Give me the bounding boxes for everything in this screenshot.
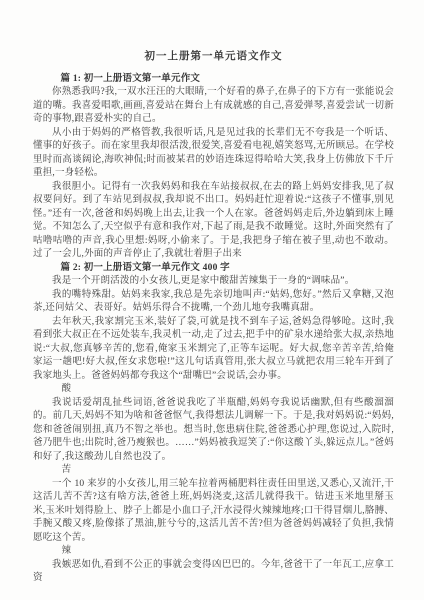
paragraph: 我很胆小。记得有一次我妈妈和我在车站接叔叔,在去的路上妈妈安排我,见了叔叔要问好… xyxy=(33,181,394,262)
document-title: 初一上册第一单元语文作文 xyxy=(33,50,394,64)
paragraph: 我是一个开朗活泼的小女孩儿,更是家中酸甜苦辣集于一身的“调味品”。 xyxy=(33,275,394,289)
paragraph: 去年秋天,我家割完玉米,装好了袋,可就是找不到车子运,爸妈急得够呛。这时,我看到… xyxy=(33,316,394,384)
subheading-bitter: 苦 xyxy=(33,464,394,478)
paragraph: 我说话爱胡乱扯些词语,爸爸说我吃了半瓶醋,妈妈夸我说话幽默,但有些酸溜溜的。前几… xyxy=(33,397,394,465)
section-1-heading: 篇 1: 初一上册语文第一单元作文 xyxy=(33,73,394,87)
paragraph: 从小由于妈妈的严格管教,我很听话,凡是见过我的长辈们无不夸我是一个听话、懂事的好… xyxy=(33,127,394,181)
section-2-heading: 篇 2: 初一上册语文第一单元作文 400 字 xyxy=(33,262,394,276)
paragraph: 我的嘴特殊甜。姑妈来我家,我总是先亲切地叫声:“姑妈,您好。”然后又拿糖,又泡茶… xyxy=(33,289,394,316)
paragraph: 我嫉恶如仇,看到不公正的事就会变得凶巴巴的。今年,爸爸干了一年瓦工,应拿工资 xyxy=(33,559,394,586)
document-page: 初一上册第一单元语文作文 篇 1: 初一上册语文第一单元作文 你熟悉我吗?我,一… xyxy=(0,0,424,600)
subheading-spicy: 辣 xyxy=(33,545,394,559)
document-content: 初一上册第一单元语文作文 篇 1: 初一上册语文第一单元作文 你熟悉我吗?我,一… xyxy=(0,0,424,586)
paragraph: 你熟悉我吗?我,一双水汪汪的大眼睛,一个好看的鼻子,在鼻子的下方有一张能说会道的… xyxy=(33,86,394,127)
subheading-sour: 酸 xyxy=(33,383,394,397)
paragraph: 一个 10 来岁的小女孩儿,用三轮车拉着两桶肥料往责任田里送,又悉心,又流汗,干… xyxy=(33,478,394,546)
